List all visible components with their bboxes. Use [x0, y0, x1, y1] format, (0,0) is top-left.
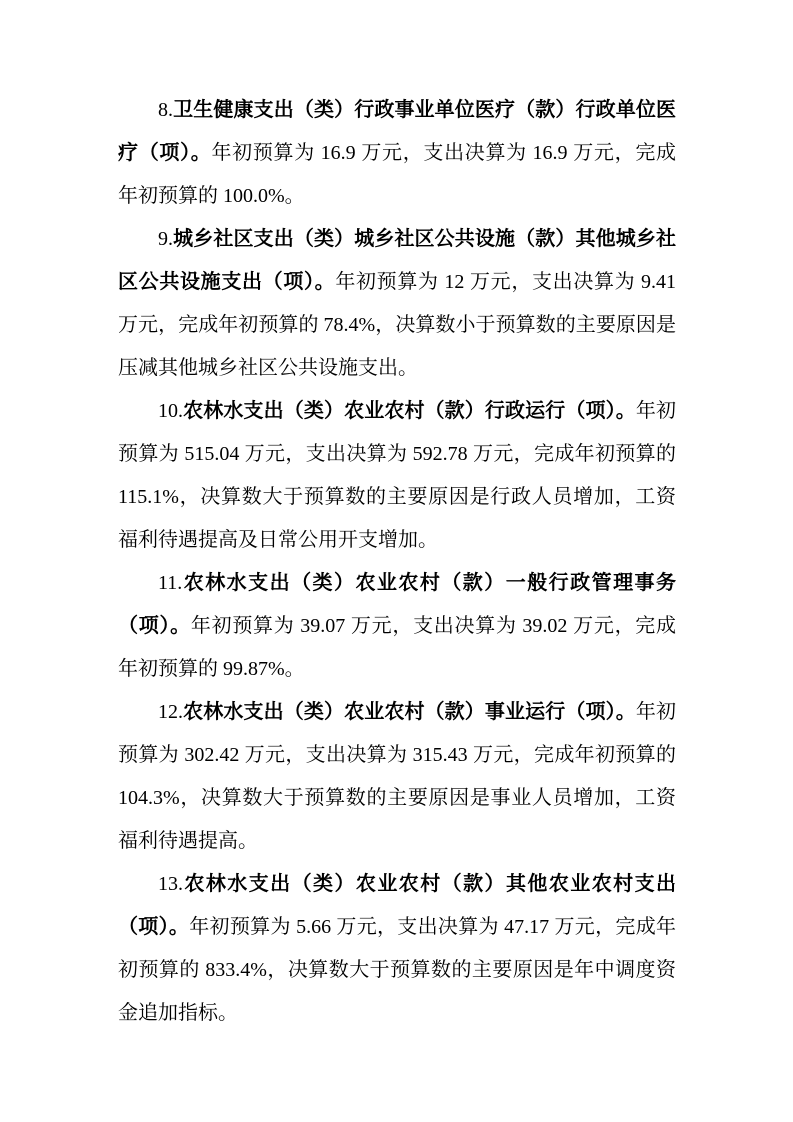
document-page: 8.卫生健康支出（类）行政事业单位医疗（款）行政单位医疗（项）。年初预算为 16… [0, 0, 793, 1122]
budget-item-paragraph-13: 13.农林水支出（类）农业农村（款）其他农业农村支出（项）。年初预算为 5.66… [118, 863, 676, 1035]
item-body: 年初预算为 39.07 万元，支出决算为 39.02 万元，完成年初预算的 99… [118, 615, 676, 680]
item-number: 11. [158, 572, 182, 594]
item-heading: 农林水支出（类）农业农村（款）事业运行（项）。 [183, 701, 636, 723]
item-number: 12. [158, 701, 183, 723]
item-body: 年初预算为 515.04 万元，支出决算为 592.78 万元，完成年初预算的 … [118, 400, 676, 551]
item-number: 10. [158, 400, 183, 422]
item-number: 8. [158, 99, 173, 121]
item-number: 13. [158, 873, 183, 895]
budget-item-paragraph-8: 8.卫生健康支出（类）行政事业单位医疗（款）行政单位医疗（项）。年初预算为 16… [118, 89, 676, 218]
item-number: 9. [158, 228, 173, 250]
budget-item-paragraph-11: 11.农林水支出（类）农业农村（款）一般行政管理事务（项）。年初预算为 39.0… [118, 562, 676, 691]
budget-item-paragraph-10: 10.农林水支出（类）农业农村（款）行政运行（项）。年初预算为 515.04 万… [118, 390, 676, 562]
item-heading: 农林水支出（类）农业农村（款）行政运行（项）。 [183, 400, 636, 422]
item-body: 年初预算为 5.66 万元，支出决算为 47.17 万元，完成年初预算的 833… [118, 916, 676, 1024]
budget-item-paragraph-9: 9.城乡社区支出（类）城乡社区公共设施（款）其他城乡社区公共设施支出（项）。年初… [118, 218, 676, 390]
item-body: 年初预算为 302.42 万元，支出决算为 315.43 万元，完成年初预算的 … [118, 701, 676, 852]
budget-item-paragraph-12: 12.农林水支出（类）农业农村（款）事业运行（项）。年初预算为 302.42 万… [118, 691, 676, 863]
